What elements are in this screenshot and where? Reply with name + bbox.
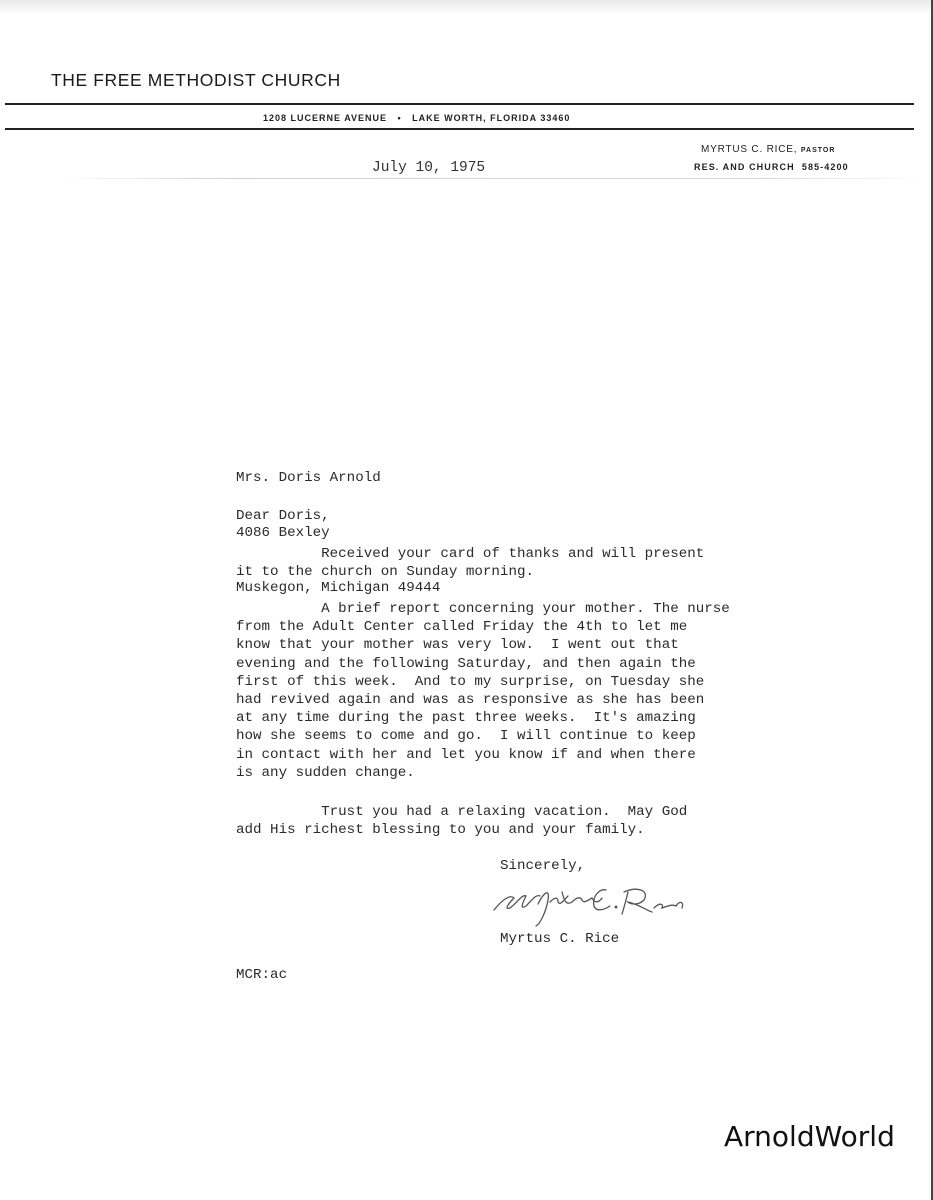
paragraph-2: A brief report concerning your mother. T… <box>236 600 730 782</box>
scan-edge-shadow <box>0 0 933 14</box>
letterhead-rule-top <box>5 103 914 105</box>
letter-date: July 10, 1975 <box>372 160 485 176</box>
church-name: THE FREE METHODIST CHURCH <box>51 70 341 91</box>
pastor-name: MYRTUS C. RICE, <box>701 144 801 155</box>
pastor-title: PASTOR <box>801 147 836 154</box>
pastor-line: MYRTUS C. RICE, PASTOR <box>701 144 835 155</box>
date-rule <box>60 178 930 179</box>
paragraph-1: Received your card of thanks and will pr… <box>236 545 704 581</box>
letterhead-rule-bottom <box>5 128 914 130</box>
salutation: Dear Doris, <box>236 507 330 525</box>
church-address: 1208 LUCERNE AVENUE • LAKE WORTH, FLORID… <box>263 113 570 123</box>
recipient-street: 4086 Bexley <box>236 524 440 542</box>
recipient-name: Mrs. Doris Arnold <box>236 469 440 487</box>
paragraph-3: Trust you had a relaxing vacation. May G… <box>236 803 687 839</box>
typist-initials: MCR:ac <box>236 967 287 983</box>
handwritten-signature-icon <box>488 880 758 930</box>
church-phone: RES. AND CHURCH 585-4200 <box>694 162 849 172</box>
watermark: ArnoldWorld <box>724 1120 895 1153</box>
signer-name: Myrtus C. Rice <box>500 931 619 947</box>
closing: Sincerely, <box>500 858 585 874</box>
